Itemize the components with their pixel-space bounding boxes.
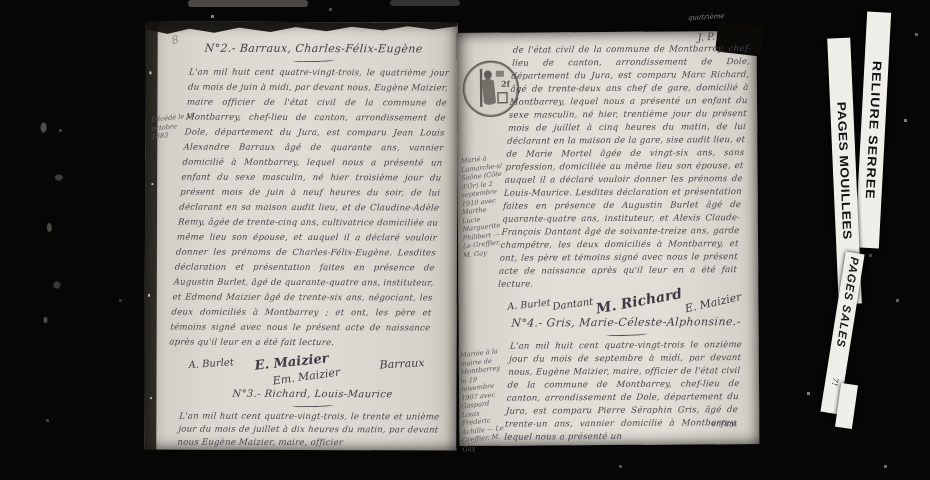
- folio-paraph: J. P.: [697, 32, 715, 44]
- title-underline-flourish: [293, 57, 335, 63]
- film-area-corner-note: quatrième: [688, 12, 725, 22]
- act3-body-continued: de l'état civil de la commune de Montbar…: [498, 43, 752, 292]
- film-edge-smudge: [188, 0, 308, 7]
- margin-note-mariage-act4: Mariée à la mairie de Montbarrey le 19 n…: [460, 346, 508, 453]
- act2-signatures: A. Burlet E. Maizier Barraux Em. Maizier: [178, 355, 434, 384]
- act3-signatures: A. Burlet Dantant M. Richard E. Maizier: [506, 293, 742, 311]
- signature: Barraux: [379, 356, 425, 371]
- act2-title: N°2.- Barraux, Charles-Félix-Eugène: [179, 42, 448, 56]
- act3-body-start: L'an mil huit cent quatre-vingt-trois, l…: [177, 411, 440, 451]
- act4-body: L'an mil huit cent quatre-vingt-trois le…: [504, 339, 743, 445]
- catchword: enfant: [711, 419, 738, 428]
- title-underline-flourish: [605, 330, 647, 336]
- signature: Dantant: [552, 297, 594, 313]
- title-underline-flourish: [291, 402, 333, 408]
- register-page-right: J. P. 2f Marié à Lamarche-s/ Saône (Côte…: [457, 31, 760, 446]
- microfilm-scan: 8 Décédé le 18 octobre 1883 N°2.- Barrau…: [0, 0, 930, 480]
- slip-pen-mark: 7!: [830, 376, 840, 386]
- act3-title: N°3.- Richard, Louis-Maurice: [178, 389, 447, 401]
- slip-label: RELIURE SERREE: [862, 60, 883, 200]
- archivist-slip-reliure: RELIURE SERREE: [855, 12, 891, 249]
- signature: A. Burlet: [188, 357, 234, 371]
- act2-body: L'an mil huit cent quatre-vingt-trois, l…: [169, 66, 450, 352]
- act4-title: N°4.- Gris, Marie-Céleste-Alphonsine.-: [506, 315, 746, 330]
- film-edge-smudge: [390, 0, 460, 6]
- slip-label: PAGES MOUILLEES: [835, 102, 855, 241]
- signature: A. Burlet: [507, 298, 551, 313]
- film-dust-speckles: [0, 0, 1, 1]
- binding-edge: [144, 21, 157, 449]
- register-page-left: 8 Décédé le 18 octobre 1883 N°2.- Barrau…: [144, 21, 457, 450]
- torn-page-top-edge: [146, 21, 458, 35]
- film-damage-mottle: [36, 90, 74, 340]
- signature: E. Maizier: [683, 290, 742, 315]
